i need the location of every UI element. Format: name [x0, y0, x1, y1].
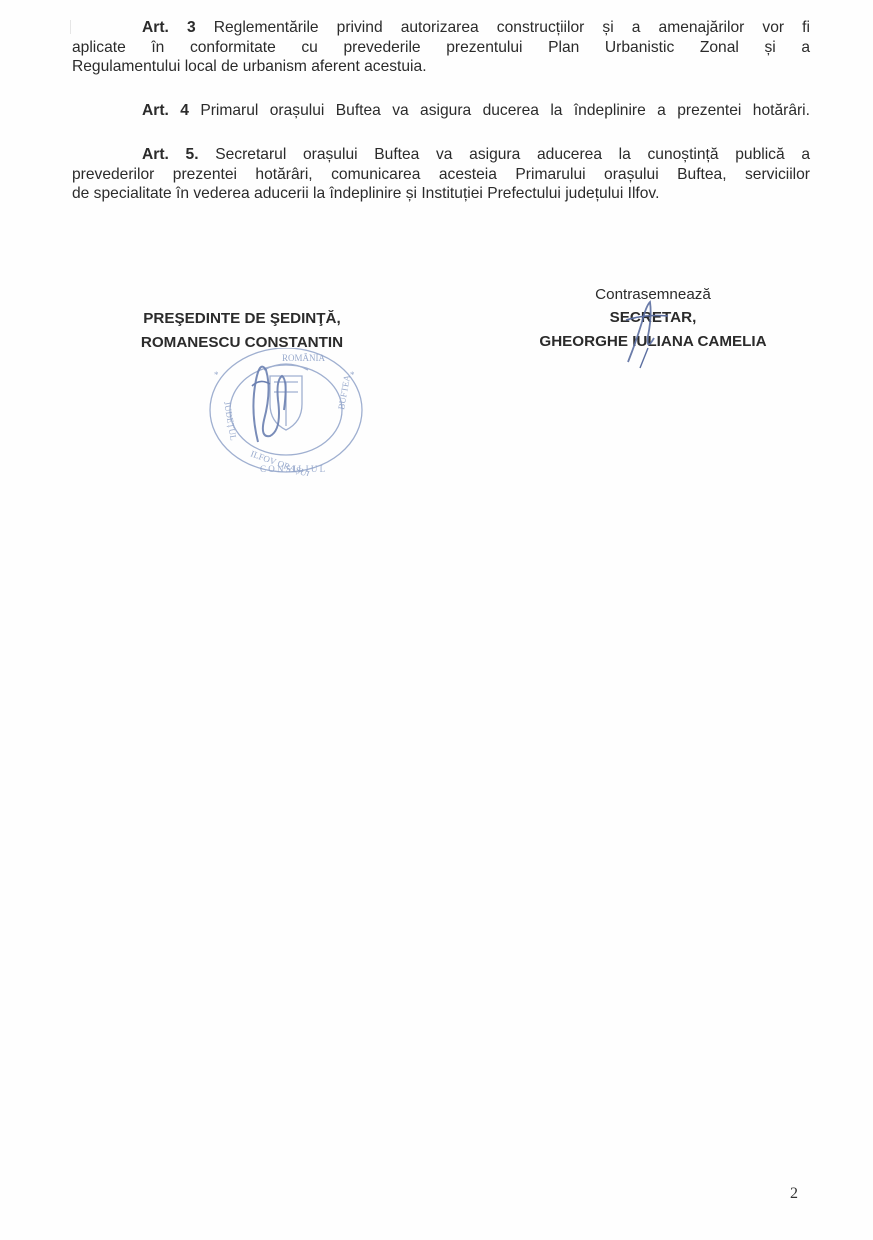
article-3-line-3: Regulamentului local de urbanism aferent… [72, 57, 810, 77]
article-3-label: Art. 3 [142, 19, 196, 36]
article-5-line-3: de specialitate în vederea aducerii la î… [72, 184, 810, 204]
signature-block-president: PREŞEDINTE DE ŞEDINŢĂ, ROMANESCU CONSTAN… [118, 307, 366, 355]
svg-text:*: * [350, 370, 355, 380]
page-number: 2 [790, 1185, 798, 1203]
article-3-line-1: Reglementările privind autorizarea const… [214, 19, 810, 36]
svg-text:ILFOV ORAȘUL: ILFOV ORAȘUL [249, 448, 313, 476]
secretary-name: GHEORGHE IULIANA CAMELIA [513, 330, 793, 354]
svg-text:BUFTEA: BUFTEA [336, 374, 352, 411]
article-3: Art. 3 Reglementările privind autorizare… [72, 18, 810, 77]
countersign-label: Contrasemnează [513, 284, 793, 306]
president-name: ROMANESCU CONSTANTIN [118, 331, 366, 355]
president-signature-icon [230, 350, 320, 450]
signature-block-secretary: Contrasemnează SECRETAR, GHEORGHE IULIAN… [513, 284, 793, 354]
article-4-label: Art. 4 [142, 102, 189, 119]
article-5: Art. 5. Secretarul orașului Buftea va as… [72, 145, 810, 204]
article-3-line-2: aplicate în conformitate cu prevederile … [72, 38, 810, 58]
official-stamp-icon: JUDEȚUL ILFOV ORAȘUL C O N S I L I U L B… [204, 348, 366, 476]
svg-text:C O N S I L I U L: C O N S I L I U L [260, 464, 325, 474]
document-page: Art. 3 Reglementările privind autorizare… [0, 0, 873, 1240]
secretary-title: SECRETAR, [513, 306, 793, 330]
article-4: Art. 4 Primarul orașului Buftea va asigu… [72, 101, 810, 121]
svg-text:JUDEȚUL: JUDEȚUL [221, 401, 239, 442]
scan-artifact [70, 20, 71, 34]
article-4-line-1: Primarul orașului Buftea va asigura duce… [200, 102, 810, 119]
article-5-label: Art. 5. [142, 146, 199, 163]
article-5-line-1: Secretarul orașului Buftea va asigura ad… [215, 146, 810, 163]
svg-text:*: * [214, 370, 219, 380]
president-title: PREŞEDINTE DE ŞEDINŢĂ, [118, 307, 366, 331]
article-5-line-2: prevederilor prezentei hotărâri, comunic… [72, 165, 810, 185]
